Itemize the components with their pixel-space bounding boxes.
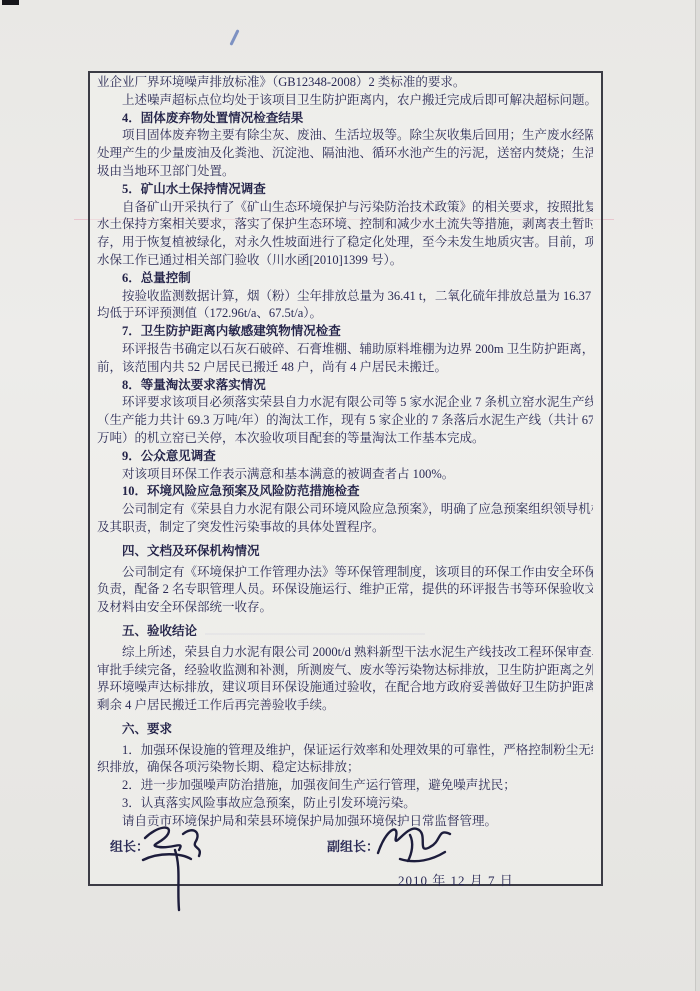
blue-pen-mark (229, 29, 239, 46)
text-line: 均低于环评预测值（172.96t/a、67.5t/a）。 (97, 305, 593, 323)
section-heading-conclusion: 五、验收结论 (97, 623, 593, 641)
text-line: 按验收监测数据计算，烟（粉）尘年排放总量为 36.41 t，二氧化硫年排放总量为… (97, 288, 593, 306)
heading-risk-plan: 10．环境风险应急预案及风险防范措施检查 (97, 483, 593, 501)
text-line: 织排放，确保各项污染物长期、稳定达标排放； (97, 759, 593, 777)
text-line: 自备矿山开采执行了《矿山生态环境保护与污染防治技术政策》的相关要求，按照批复的 (97, 199, 593, 217)
heading-total-control: 6．总量控制 (97, 270, 593, 288)
text-line: 界环境噪声达标排放，建议项目环保设施通过验收，在配合地方政府妥善做好卫生防护距离… (97, 679, 593, 697)
text-line: 审批手续完备，经验收监测和补测，所测废气、废水等污染物达标排放，卫生防护距离之外… (97, 662, 593, 680)
section-heading-documents: 四、文档及环保机构情况 (97, 543, 593, 561)
text-line: 及材料由安全环保部统一收存。 (97, 599, 593, 617)
text-line: 剩余 4 户居民搬迁工作后再完善验收手续。 (97, 697, 593, 715)
text-line: 业企业厂界环境噪声排放标准》（GB12348-2008）2 类标准的要求。 (97, 74, 593, 92)
text-line: 综上所述，荣县自力水泥有限公司 2000t/d 熟料新型干法水泥生产线技改工程环… (97, 644, 593, 662)
text-line: 公司制定有《环境保护工作管理办法》等环保管理制度，该项目的环保工作由安全环保部 (97, 564, 593, 582)
group-leader-signature-icon (135, 818, 215, 913)
heading-solid-waste: 4．固体废弃物处置情况检查结果 (97, 110, 593, 128)
text-line: 处理产生的少量废油及化粪池、沉淀池、隔油池、循环水池产生的污泥，送窑内焚烧；生活… (97, 145, 593, 163)
document-content-box: 业企业厂界环境噪声排放标准》（GB12348-2008）2 类标准的要求。 上述… (88, 71, 603, 886)
text-line: 万吨）的机立窑已关停，本次验收项目配套的等量淘汰工作基本完成。 (97, 430, 593, 448)
text-line: 3．认真落实风险事故应急预案，防止引发环境污染。 (97, 795, 593, 813)
text-line: 水土保持方案相关要求，落实了保护生态环境、控制和减少水土流失等措施，剥离表土暂时… (97, 216, 593, 234)
signature-date: 2010 年 12 月 7 日 (398, 870, 514, 889)
text-line: 上述噪声超标点位均处于该项目卫生防护距离内，农户搬迁完成后即可解决超标问题。 (97, 92, 593, 110)
heading-mine-soil-water: 5．矿山水土保持情况调查 (97, 181, 593, 199)
heading-sanitary-distance: 7．卫生防护距离内敏感建筑物情况检查 (97, 323, 593, 341)
section-heading-requirements: 六、要求 (97, 721, 593, 739)
page-edge-shade (696, 0, 700, 991)
text-line: 存，用于恢复植被绿化，对永久性坡面进行了稳定化处理，至今未发生地质灾害。目前，项… (97, 234, 593, 252)
text-line: 环评要求该项目必须落实荣县自力水泥有限公司等 5 家水泥企业 7 条机立窑水泥生… (97, 394, 593, 412)
text-line: 前，该范围内共 52 户居民已搬迁 48 户，尚有 4 户居民未搬迁。 (97, 359, 593, 377)
heading-public-opinion: 9．公众意见调查 (97, 448, 593, 466)
text-line: 圾由当地环卫部门处置。 (97, 163, 593, 181)
scan-corner-artifact (2, 0, 19, 5)
scanned-document-page: { "document": { "lines": [ {"style":"con… (0, 0, 700, 991)
text-line: 环评报告书确定以石灰石破碎、石膏堆棚、辅助原料堆棚为边界 200m 卫生防护距离… (97, 341, 593, 359)
text-line: 项目固体废弃物主要有除尘灰、废油、生活垃圾等。除尘灰收集后回用；生产废水经隔油 (97, 127, 593, 145)
deputy-leader-signature-icon (372, 815, 457, 870)
text-line: 公司制定有《荣县自力水泥有限公司环境风险应急预案》，明确了应急预案组织领导机构 (97, 501, 593, 519)
text-line: 2．进一步加强噪声防治措施，加强夜间生产运行管理，避免噪声扰民； (97, 777, 593, 795)
text-line: 水保工作已通过相关部门验收（川水函[2010]1399 号）。 (97, 252, 593, 270)
heading-equal-elimination: 8．等量淘汰要求落实情况 (97, 377, 593, 395)
text-line: 1．加强环保设施的管理及维护，保证运行效率和处理效果的可靠性，严格控制粉尘无组 (97, 742, 593, 760)
text-line: 对该项目环保工作表示满意和基本满意的被调查者占 100%。 (97, 466, 593, 484)
text-line: 及其职责，制定了突发性污染事故的具体处置程序。 (97, 519, 593, 537)
text-line: （生产能力共计 69.3 万吨/年）的淘汰工作，现有 5 家企业的 7 条落后水… (97, 412, 593, 430)
text-line: 负责，配备 2 名专职管理人员。环保设施运行、维护正常，提供的环评报告书等环保验… (97, 581, 593, 599)
